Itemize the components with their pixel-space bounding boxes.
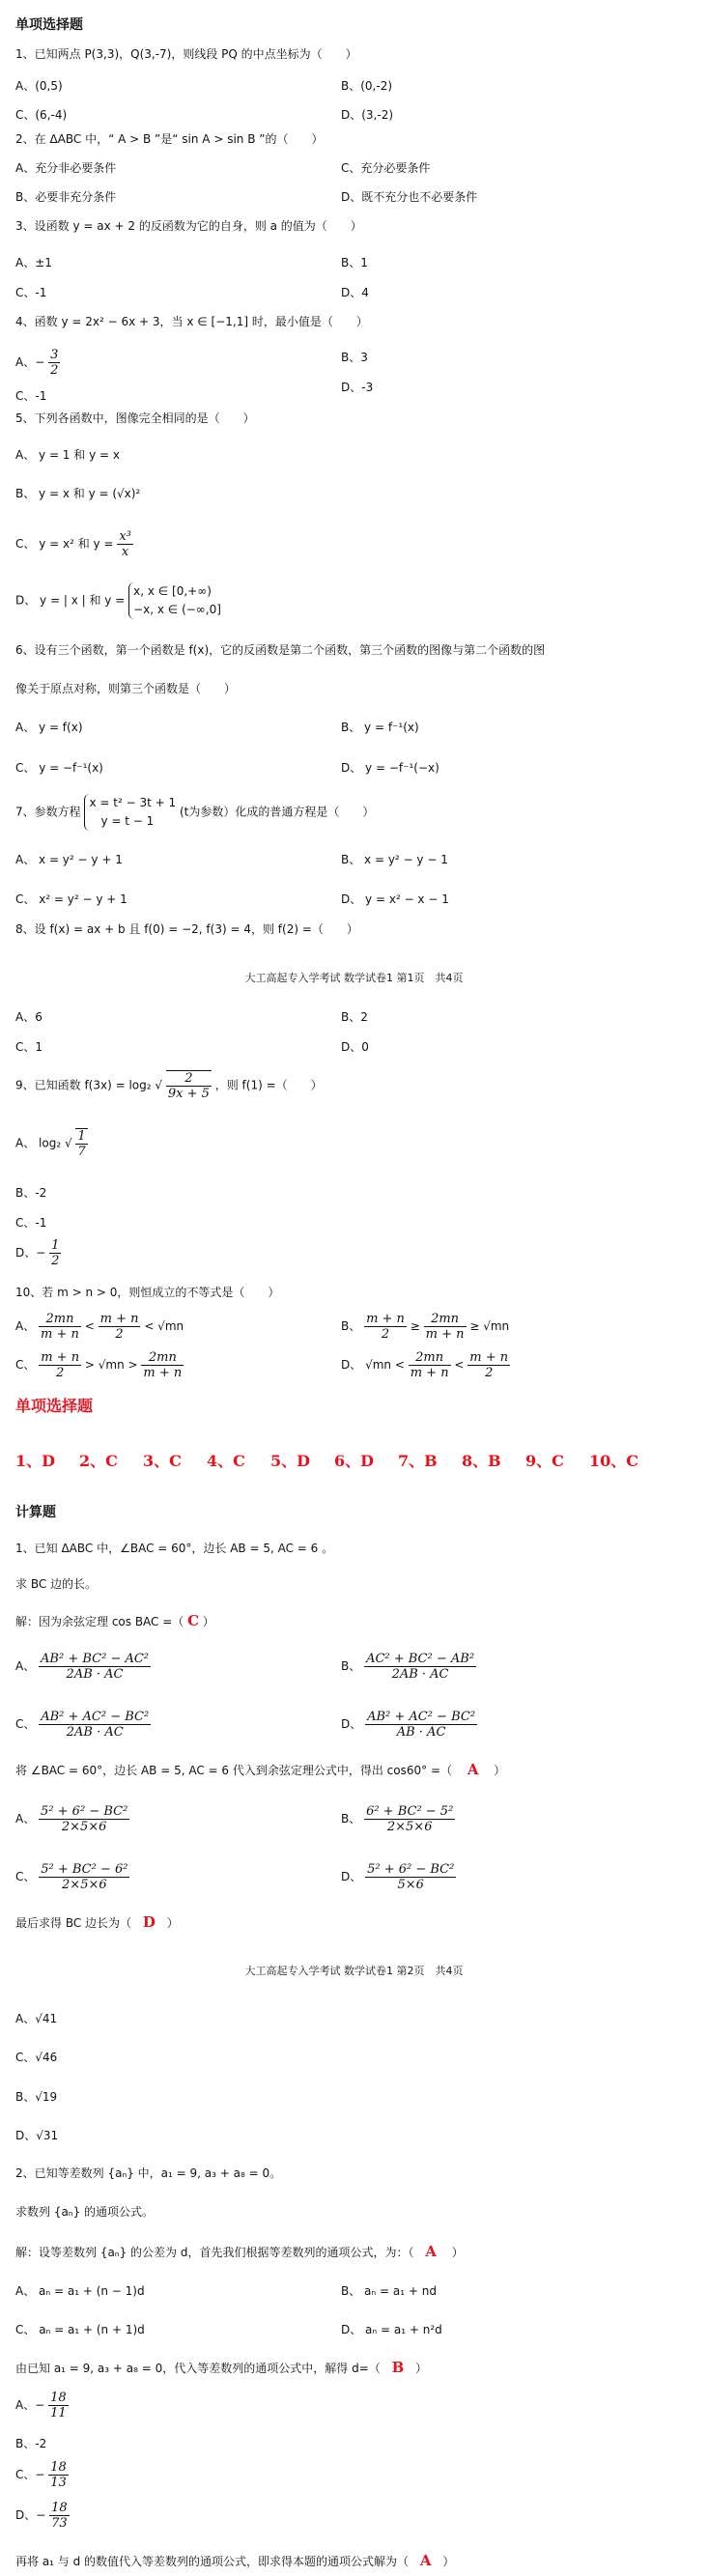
question-9: 9、已知函数 f(3x) = log₂ √ 29x + 5 ，则 f(1) =（… — [15, 1070, 323, 1101]
parametric-eq-1: x = t² − 3t + 1 — [89, 794, 176, 812]
q5-option-d-prefix: D、 y = | x | 和 y = — [15, 594, 125, 608]
numerator: 18 — [49, 2501, 70, 2516]
calc2-s2-option-a: A、− 1811 — [15, 2391, 69, 2420]
q6-option-d: D、 y = −f⁻¹(−x) — [341, 760, 439, 776]
calc2-s1-option-d: D、 aₙ = a₁ + n²d — [341, 2322, 442, 2337]
denominator: 2×5×6 — [39, 1820, 129, 1834]
fraction: 17 — [75, 1128, 87, 1159]
fraction: 1873 — [49, 2501, 70, 2531]
question-1: 1、已知两点 P(3,3)，Q(3,-7)，则线段 PQ 的中点坐标为（ ） — [15, 46, 357, 62]
option-label: C、 — [15, 1717, 35, 1731]
q9-option-d-prefix: D、− — [15, 1246, 45, 1260]
step-answer: A — [420, 2552, 432, 2569]
numerator: AB² + BC² − AC² — [39, 1652, 151, 1667]
question-10: 10、若 m > n > 0，则恒成立的不等式是（ ） — [15, 1285, 279, 1300]
q7-prefix: 7、参数方程 — [15, 806, 81, 819]
option-label: D、− — [15, 2508, 45, 2522]
q9-option-b: B、-2 — [15, 1185, 46, 1201]
q8-option-d: D、0 — [341, 1039, 369, 1055]
fraction: AB² + AC² − BC²AB · AC — [365, 1710, 477, 1740]
denominator: 11 — [48, 2406, 69, 2420]
numerator: 1 — [75, 1129, 87, 1145]
q4-option-d: D、-3 — [341, 380, 373, 395]
q10-option-c: C、 m + n2 > √mn > 2mnm + n — [15, 1350, 184, 1380]
answer-1: 1、D — [15, 1449, 79, 1471]
denominator: AB · AC — [365, 1725, 477, 1740]
q9-prefix: 9、已知函数 f(3x) = log₂ √ — [15, 1079, 162, 1092]
fraction: 5² + BC² − 6²2×5×6 — [39, 1862, 129, 1892]
numerator: AB² + AC² − BC² — [39, 1710, 151, 1725]
question-8: 8、设 f(x) = ax + b 且 f(0) = −2, f(3) = 4，… — [15, 921, 358, 937]
q6-option-c: C、 y = −f⁻¹(x) — [15, 760, 103, 776]
q5-option-c-prefix: C、 y = x² 和 y = — [15, 537, 114, 551]
fraction: AC² + BC² − AB²2AB · AC — [364, 1652, 476, 1682]
q10-option-b: B、 m + n2 ≥ 2mnm + n ≥ √mn — [341, 1312, 509, 1342]
denominator: 2×5×6 — [364, 1820, 455, 1834]
q8-option-c: C、1 — [15, 1039, 42, 1055]
step-answer: A — [467, 1761, 479, 1778]
fraction-m-plus-n-over-2: m + n2 — [99, 1312, 141, 1342]
page-footer-2: 大工高起专入学考试 数学试卷1 第2页 共4页 — [0, 1963, 708, 1978]
calc2-ask: 求数列 {aₙ} 的通项公式。 — [15, 2204, 154, 2220]
operator-sqrt: ≥ √mn — [469, 1319, 509, 1333]
calc1-s2-option-a: A、 5² + 6² − BC²2×5×6 — [15, 1804, 129, 1834]
calc1-step3: 最后求得 BC 边长为（ D ） — [15, 1914, 179, 1931]
answer-6: 6、D — [334, 1449, 398, 1471]
denominator: 2 — [49, 1254, 61, 1268]
calc1-ask: 求 BC 边的长。 — [15, 1576, 97, 1592]
fraction: 1811 — [48, 2391, 69, 2420]
q7-option-a: A、 x = y² − y + 1 — [15, 852, 123, 867]
q8-option-b: B、2 — [341, 1009, 368, 1025]
calc1-s2-option-b: B、 6² + BC² − 5²2×5×6 — [341, 1804, 455, 1834]
q8-option-a: A、6 — [15, 1009, 42, 1025]
q2-option-d: D、既不充分也不必要条件 — [341, 189, 477, 205]
calc2-step2: 由已知 a₁ = 9, a₃ + a₈ = 0，代入等差数列的通项公式中，解得 … — [15, 2360, 427, 2376]
denominator: 13 — [48, 2476, 69, 2490]
denominator: 5×6 — [365, 1878, 456, 1892]
denominator: 9x + 5 — [166, 1087, 212, 1101]
fraction: 1813 — [48, 2460, 69, 2490]
answer-key-title: 单项选择题 — [15, 1399, 93, 1414]
operator: < — [85, 1319, 95, 1333]
fraction-m-plus-n-over-2: m + n2 — [39, 1350, 81, 1380]
q9-option-c: C、-1 — [15, 1215, 46, 1231]
q3-option-a: A、±1 — [15, 255, 52, 270]
calc1-step2: 将 ∠BAC = 60°，边长 AB = 5, AC = 6 代入到余弦定理公式… — [15, 1762, 505, 1778]
denominator: 2AB · AC — [364, 1667, 476, 1682]
calc1-s3-option-b: B、√19 — [15, 2089, 57, 2105]
option-label: D、 — [341, 1870, 361, 1883]
page-footer-1: 大工高起专入学考试 数学试卷1 第1页 共4页 — [0, 970, 708, 985]
fraction-m-plus-n-over-2: m + n2 — [364, 1312, 407, 1342]
q4-option-c: C、-1 — [15, 388, 46, 404]
calc2-s2-option-c: C、− 1813 — [15, 2460, 69, 2490]
option-label: A、 — [15, 1812, 35, 1826]
calc2-s1-option-a: A、 aₙ = a₁ + (n − 1)d — [15, 2283, 145, 2299]
q3-option-b: B、1 — [341, 255, 368, 270]
option-label: B、 — [341, 1812, 360, 1826]
q3-option-c: C、-1 — [15, 285, 46, 300]
step-text: 解：设等差数列 {aₙ} 的公差为 d，首先我们根据等差数列的通项公式，为：（ — [15, 2246, 413, 2259]
step-text: 解：因为余弦定理 cos BAC =（ — [15, 1615, 184, 1628]
q2-option-a: A、充分非必要条件 — [15, 160, 116, 176]
q9-suffix: ，则 f(1) =（ ） — [215, 1079, 323, 1092]
question-4: 4、函数 y = 2x² − 6x + 3，当 x ∈ [−1,1] 时，最小值… — [15, 314, 368, 329]
step-text: 再将 a₁ 与 d 的数值代入等差数列的通项公式，即求得本题的通项公式解为（ — [15, 2555, 409, 2568]
denominator: 73 — [49, 2516, 70, 2531]
numerator: 18 — [48, 2391, 69, 2406]
denominator: 2×5×6 — [39, 1878, 129, 1892]
q4-option-a-prefix: A、− — [15, 355, 44, 369]
q2-option-b: B、必要非充分条件 — [15, 189, 116, 205]
q6-option-a: A、 y = f(x) — [15, 720, 83, 735]
parametric-eq-2: y = t − 1 — [89, 812, 176, 831]
calc1-s3-option-a: A、√41 — [15, 2011, 57, 2026]
piecewise-brace: x, x ∈ [0,+∞) −x, x ∈ (−∞,0] — [128, 582, 221, 619]
fraction-2mn-over-m-plus-n: 2mnm + n — [39, 1312, 81, 1342]
calc2-step1: 解：设等差数列 {aₙ} 的公差为 d，首先我们根据等差数列的通项公式，为：（ … — [15, 2244, 464, 2260]
step-close: ） — [442, 2555, 454, 2568]
answer-3: 3、C — [143, 1449, 207, 1471]
option-label: B、 — [341, 1659, 360, 1673]
fraction: AB² + BC² − AC²2AB · AC — [39, 1652, 151, 1682]
answer-10: 10、C — [589, 1449, 653, 1471]
q6-option-b: B、 y = f⁻¹(x) — [341, 720, 419, 735]
question-5: 5、下列各函数中，图像完全相同的是（ ） — [15, 410, 255, 426]
numerator: 1 — [49, 1238, 61, 1254]
step-answer: A — [425, 2243, 437, 2260]
calc1-s1-option-b: B、 AC² + BC² − AB²2AB · AC — [341, 1652, 476, 1682]
question-6-line-2: 像关于原点对称，则第三个函数是（ ） — [15, 681, 236, 696]
section-title-single-choice: 单项选择题 — [15, 17, 83, 33]
numerator: x³ — [117, 529, 133, 545]
question-2: 2、在 ΔABC 中，“ A > B ”是“ sin A > sin B ”的（… — [15, 131, 323, 147]
operator: ≥ — [411, 1319, 420, 1333]
denominator: 2 — [48, 363, 60, 378]
q9-option-a-prefix: A、 log₂ √ — [15, 1137, 72, 1150]
fraction: x³x — [117, 529, 133, 559]
numerator: 5² + 6² − BC² — [39, 1804, 129, 1820]
calc2-step3: 再将 a₁ 与 d 的数值代入等差数列的通项公式，即求得本题的通项公式解为（ A… — [15, 2553, 454, 2569]
step-close: ） — [203, 1615, 214, 1628]
piecewise-case-2: −x, x ∈ (−∞,0] — [133, 601, 221, 619]
q4-option-b: B、3 — [341, 350, 368, 365]
q7-option-d: D、 y = x² − x − 1 — [341, 892, 449, 907]
calc2-s1-option-c: C、 aₙ = a₁ + (n + 1)d — [15, 2322, 145, 2337]
calc1-s3-option-d: D、√31 — [15, 2128, 58, 2143]
numerator: 6² + BC² − 5² — [364, 1804, 455, 1820]
step-close: ） — [415, 2362, 427, 2375]
operator-sqrt: √mn < — [365, 1358, 405, 1372]
denominator: 7 — [75, 1145, 87, 1159]
calc1-question: 1、已知 ΔABC 中，∠BAC = 60°，边长 AB = 5, AC = 6… — [15, 1541, 333, 1556]
option-label: A、− — [15, 2398, 44, 2412]
q2-option-c: C、充分必要条件 — [341, 160, 430, 176]
step-answer: B — [392, 2359, 405, 2376]
answer-4: 4、C — [207, 1449, 270, 1471]
calc2-s2-option-d: D、− 1873 — [15, 2501, 70, 2531]
q1-option-a: A、(0,5) — [15, 78, 63, 94]
answer-8: 8、B — [462, 1449, 525, 1471]
q1-option-d: D、(3,-2) — [341, 107, 393, 123]
answer-9: 9、C — [525, 1449, 589, 1471]
q3-option-d: D、4 — [341, 285, 369, 300]
numerator: 18 — [48, 2460, 69, 2476]
q9-option-a: A、 log₂ √ 17 — [15, 1128, 88, 1159]
step-close: ） — [494, 1764, 505, 1777]
answer-key: 1、D 2、C 3、C 4、C 5、D 6、D 7、B 8、B 9、C 10、C — [15, 1449, 692, 1471]
denominator: 2AB · AC — [39, 1725, 151, 1740]
numerator: AB² + AC² − BC² — [365, 1710, 477, 1725]
calc1-s2-option-c: C、 5² + BC² − 6²2×5×6 — [15, 1862, 129, 1892]
q7-option-b: B、 x = y² − y − 1 — [341, 852, 448, 867]
answer-7: 7、B — [398, 1449, 462, 1471]
q7-suffix: (t为参数）化成的普通方程是（ ） — [180, 806, 374, 819]
calc1-s2-option-d: D、 5² + 6² − BC²5×6 — [341, 1862, 456, 1892]
calc1-s1-option-a: A、 AB² + BC² − AC²2AB · AC — [15, 1652, 151, 1682]
step-close: ） — [167, 1916, 179, 1930]
numerator: 5² + BC² − 6² — [39, 1862, 129, 1878]
calc1-s1-option-d: D、 AB² + AC² − BC²AB · AC — [341, 1710, 477, 1740]
operator-sqrt: < √mn — [144, 1319, 184, 1333]
q5-option-c: C、 y = x² 和 y = x³x — [15, 529, 133, 559]
q10-option-a: A、 2mnm + n < m + n2 < √mn — [15, 1312, 184, 1342]
q10-option-d: D、 √mn < 2mnm + n < m + n2 — [341, 1350, 510, 1380]
fraction: 12 — [49, 1238, 61, 1268]
q7-option-c: C、 x² = y² − y + 1 — [15, 892, 127, 907]
q5-option-d: D、 y = | x | 和 y = x, x ∈ [0,+∞) −x, x ∈… — [15, 582, 221, 619]
q1-option-c: C、(6,-4) — [15, 107, 67, 123]
fraction: 32 — [48, 348, 60, 378]
numerator: 2 — [166, 1071, 212, 1087]
fraction-2mn-over-m-plus-n: 2mnm + n — [409, 1350, 451, 1380]
step-text: 最后求得 BC 边长为（ — [15, 1916, 131, 1930]
calc2-s1-option-b: B、 aₙ = a₁ + nd — [341, 2283, 437, 2299]
fraction: 5² + 6² − BC²5×6 — [365, 1862, 456, 1892]
fraction-2mn-over-m-plus-n: 2mnm + n — [141, 1350, 184, 1380]
q5-option-a: A、 y = 1 和 y = x — [15, 447, 120, 463]
fraction: 5² + 6² − BC²2×5×6 — [39, 1804, 129, 1834]
parametric-brace: x = t² − 3t + 1 y = t − 1 — [84, 794, 176, 831]
option-label: A、 — [15, 1659, 35, 1673]
answer-2: 2、C — [79, 1449, 143, 1471]
q5-option-b: B、 y = x 和 y = (√x)² — [15, 486, 140, 501]
question-7: 7、参数方程 x = t² − 3t + 1 y = t − 1 (t为参数）化… — [15, 794, 374, 831]
step-text: 由已知 a₁ = 9, a₃ + a₈ = 0，代入等差数列的通项公式中，解得 … — [15, 2362, 381, 2375]
answer-5: 5、D — [270, 1449, 334, 1471]
calc1-s1-option-c: C、 AB² + AC² − BC²2AB · AC — [15, 1710, 151, 1740]
piecewise-case-1: x, x ∈ [0,+∞) — [133, 582, 221, 601]
calc1-s3-option-c: C、√46 — [15, 2050, 57, 2065]
q4-option-a: A、− 32 — [15, 348, 60, 378]
option-label: A、 — [15, 1319, 35, 1333]
step-answer: D — [143, 1913, 156, 1931]
fraction-2mn-over-m-plus-n: 2mnm + n — [424, 1312, 467, 1342]
fraction: AB² + AC² − BC²2AB · AC — [39, 1710, 151, 1740]
section-title-calculation: 计算题 — [15, 1505, 56, 1520]
fraction: 6² + BC² − 5²2×5×6 — [364, 1804, 455, 1834]
numerator: 5² + 6² − BC² — [365, 1862, 456, 1878]
step-close: ） — [452, 2246, 464, 2259]
step-answer: C — [187, 1612, 199, 1629]
question-3: 3、设函数 y = ax + 2 的反函数为它的自身，则 a 的值为（ ） — [15, 218, 362, 234]
fraction-m-plus-n-over-2: m + n2 — [467, 1350, 510, 1380]
numerator: 3 — [48, 348, 60, 363]
numerator: AC² + BC² − AB² — [364, 1652, 476, 1667]
option-label: D、 — [341, 1358, 361, 1372]
q1-option-b: B、(0,-2) — [341, 78, 392, 94]
option-label: C、 — [15, 1870, 35, 1883]
calc2-s2-option-b: B、-2 — [15, 2436, 46, 2451]
option-label: C、 — [15, 1358, 35, 1372]
calc1-step1: 解：因为余弦定理 cos BAC =（ C ） — [15, 1613, 214, 1629]
calc2-question: 2、已知等差数列 {aₙ} 中，a₁ = 9, a₃ + a₈ = 0。 — [15, 2166, 281, 2181]
step-text: 将 ∠BAC = 60°，边长 AB = 5, AC = 6 代入到余弦定理公式… — [15, 1764, 452, 1777]
fraction: 29x + 5 — [166, 1070, 212, 1101]
operator-sqrt: > √mn > — [85, 1358, 138, 1372]
option-label: C、− — [15, 2468, 44, 2481]
option-label: B、 — [341, 1319, 360, 1333]
option-label: D、 — [341, 1717, 361, 1731]
denominator: 2AB · AC — [39, 1667, 151, 1682]
question-6-line-1: 6、设有三个函数，第一个函数是 f(x)，它的反函数是第二个函数，第三个函数的图… — [15, 642, 545, 658]
denominator: x — [117, 545, 133, 559]
operator: < — [454, 1358, 464, 1372]
q9-option-d: D、− 12 — [15, 1238, 61, 1268]
